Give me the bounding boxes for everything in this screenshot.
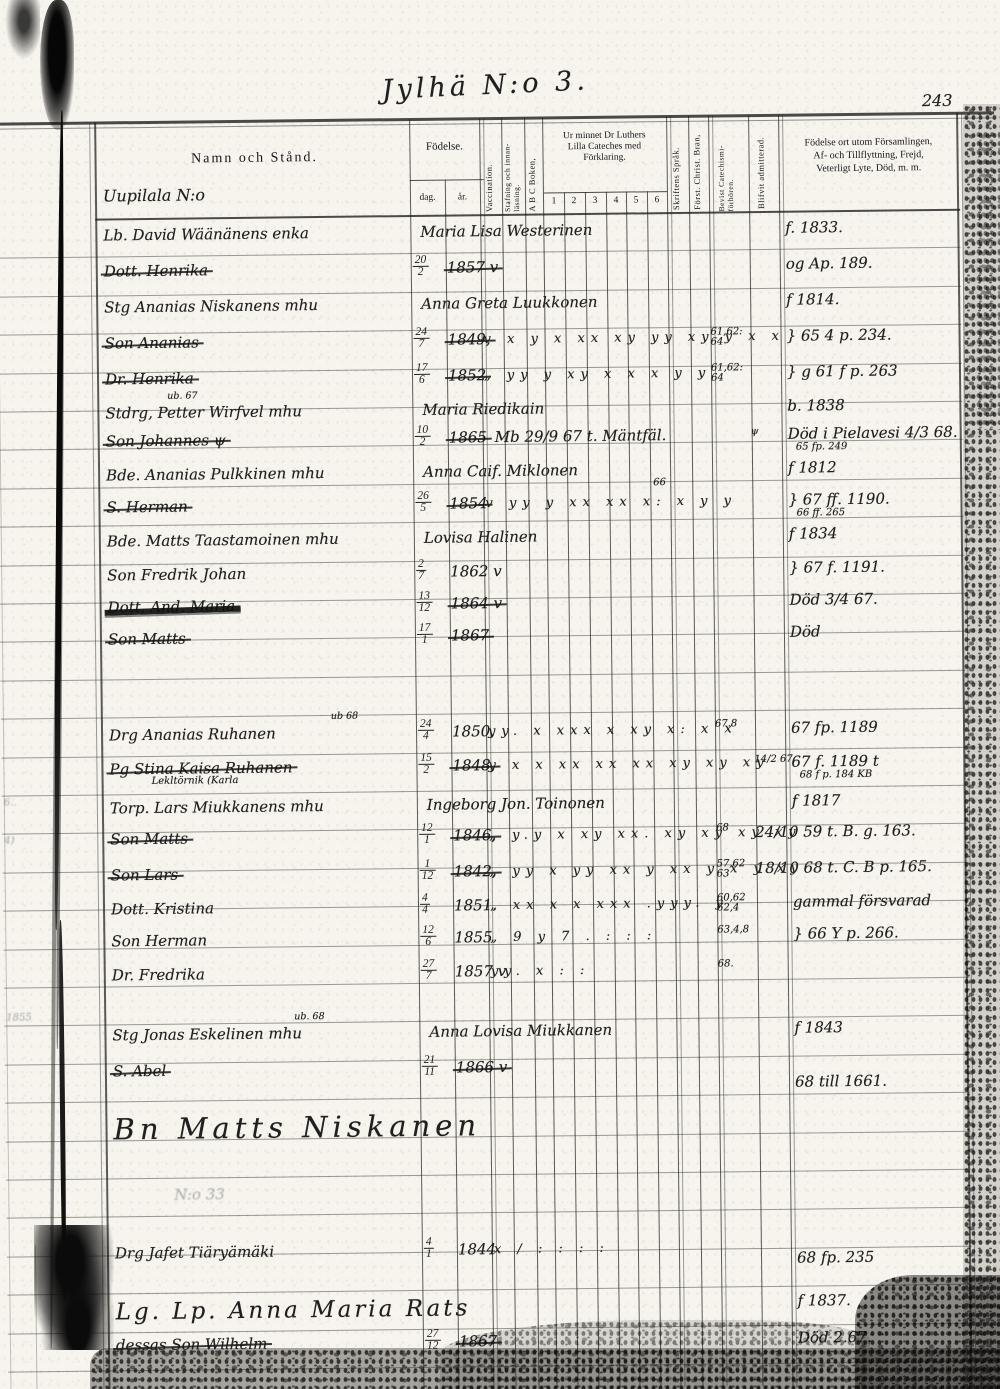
catechesis-col-4: 4	[607, 196, 625, 207]
entry-superscript-note: ub. 67	[167, 390, 197, 401]
header-catechism-exams: Bevist Catechismi-förhören.	[716, 123, 743, 211]
remarks-note: f 1837.	[797, 1291, 850, 1310]
entry-name: dessas Son Wilhelm	[116, 1335, 268, 1355]
entry-name: Son Ananias	[105, 333, 199, 352]
exam-marks: y x x xx xx xx xy xy xy	[488, 755, 769, 773]
margin-mark: 1855	[6, 1013, 32, 1023]
margin-mark: 4)	[4, 837, 14, 847]
birth-day: 202	[413, 255, 429, 278]
birth-day: 126	[420, 925, 436, 948]
remarks-note-2: 65 fp. 249	[796, 442, 848, 453]
birth-day: 171	[417, 623, 433, 646]
header-abc-book: A B C Boken,	[527, 126, 537, 212]
catechism-exam-years: 61,62:64	[711, 363, 743, 383]
header-christianity-knowledge: Först. Christ. Bran,	[692, 124, 702, 210]
remarks-note: og Ap. 189.	[786, 254, 873, 273]
remarks-note: } 65 4 p. 234.	[786, 326, 891, 345]
entry-spouse-name: Lovisa Halinen	[424, 528, 538, 547]
birth-day: 112	[419, 859, 435, 882]
entry-subscript-note: Lekltörnik (Karla	[152, 776, 239, 787]
birth-year: 1866 v	[456, 1058, 508, 1077]
admitted-note: 14/2 67	[754, 755, 792, 765]
entry-name: Dr. Henrika	[105, 369, 194, 388]
birth-day: 121	[419, 823, 435, 846]
entry-name: Lg. Lp. Anna Maria Rats	[115, 1295, 470, 1325]
birth-year: 1854	[449, 494, 487, 512]
birth-year: 1857 v	[447, 258, 499, 277]
last-col-line2: Af- och Tillflyttning, Frejd,	[813, 149, 923, 161]
entry-name: Bde. Ananias Pulkkinen mhu	[106, 464, 325, 484]
page-title: Jylhä N:o 3.	[381, 65, 589, 106]
remarks-note: } 66 Y p. 266.	[793, 923, 899, 942]
table-body: Lb. David Wäänänens enkaMaria Lisa Weste…	[0, 0, 993, 6]
entry-name: Torp. Lars Miukkanens mhu	[110, 797, 324, 817]
exam-marks: „ 9 y 7 . : : :	[490, 928, 657, 945]
remarks-note: Död 2.67.	[798, 1328, 872, 1347]
exam-marks: „ yy y xy x x x y y	[484, 366, 711, 384]
remarks-note: 18/10 68 t. C. B p. 165.	[756, 857, 932, 877]
birth-day: 265	[415, 491, 431, 514]
catechesis-col-2: 2	[565, 196, 583, 207]
birth-day: 176	[414, 363, 430, 386]
entry-name: Stg Jonas Eskelinen mhu	[112, 1024, 302, 1044]
header-name-sub: Uupilala N:o	[103, 185, 205, 205]
entry-name: Stg Ananias Niskanens mhu	[104, 296, 318, 316]
remarks-note: } 67 f. 1191.	[789, 558, 885, 577]
entry-spouse-name: Anna Caif. Miklonen	[423, 461, 578, 481]
exam-marks: v yy y xx xx x: x y y	[485, 493, 737, 511]
left-margin-marks: 6..4)1855	[0, 0, 993, 6]
remarks-note: f 1834	[789, 524, 838, 543]
remarks-note: f 1817	[792, 791, 841, 810]
catechism-exam-years: 68	[716, 823, 729, 833]
table-row: N:o 33	[6, 1176, 1000, 1223]
header-vaccination: Vaccination.	[484, 126, 494, 212]
mid-note: Mb 29/9 67 t. Mäntfäl.	[495, 426, 667, 446]
entry-name: S. Herman	[106, 498, 187, 517]
birth-year: 1864 v	[450, 594, 502, 613]
remarks-note: f. 1833.	[785, 218, 843, 237]
catechesis-col-6: 6	[648, 195, 666, 206]
remarks-note: Död 3/4 67.	[789, 590, 877, 609]
remarks-note: f 1812	[788, 458, 837, 477]
birth-day: 244	[418, 719, 434, 742]
catechesis-line1: Ur minnet Dr Luthers	[563, 130, 646, 141]
table-row: Bn Matts Niskanen	[5, 1102, 1000, 1149]
header-scripture-language: Skriftens Språk.	[671, 124, 681, 210]
exam-marks: „ xx x x xxx .yyy. y	[490, 895, 729, 913]
scanned-church-record-page: Jylhä N:o 3. 243 Namn och Stånd. Uupilal…	[0, 0, 1000, 1389]
entry-name: Son Herman	[111, 931, 207, 950]
mid-small-note: 66	[653, 478, 666, 488]
entry-name: Lb. David Wäänänens enka	[103, 224, 309, 244]
entry-spouse-name: Anna Lovisa Miukkanen	[429, 1021, 612, 1041]
entry-name: Son Lars	[111, 866, 179, 885]
document-sheet: Jylhä N:o 3. 243 Namn och Stånd. Uupilal…	[0, 0, 1000, 1389]
birth-year: 1852	[448, 366, 486, 384]
entry-name: Son Matts	[108, 630, 186, 649]
birth-year: 1862 v	[450, 562, 502, 581]
remarks-note: b. 1838	[787, 396, 845, 415]
birth-year: 1867	[459, 1332, 497, 1350]
birth-day: 247	[413, 327, 429, 350]
entry-name: Dr. Fredrika	[112, 965, 205, 984]
remarks-note: 68 fp. 235	[797, 1248, 874, 1267]
entry-superscript-note: ub. 68	[294, 1011, 324, 1022]
catechism-exam-years: 60,6262,4	[717, 893, 746, 913]
entry-name: Drg Jafet Tiäryämäki	[115, 1243, 274, 1263]
birth-day: 152	[418, 753, 434, 776]
entry-name: Bn Matts Niskanen	[113, 1108, 481, 1146]
header-admitted: Blifvit admitterad.	[756, 123, 766, 209]
entry-name: S. Abel	[113, 1062, 167, 1081]
exam-marks: yy. x : :	[491, 963, 591, 979]
last-col-line3: Veterligt Lyte, Död, m. m.	[816, 162, 921, 174]
remarks-note-2: 68 f p. 184 KB	[800, 770, 873, 781]
catechism-exam-years: 61,62:64	[710, 327, 742, 347]
catechism-exam-years: 67.8	[715, 719, 737, 729]
remarks-note: 24/10 59 t. B. g. 163.	[755, 821, 916, 841]
entry-name: Stdrg, Petter Wirfvel mhu	[105, 402, 302, 422]
catechism-exam-years: 63,4,8	[717, 925, 749, 935]
birth-year: 1855	[454, 928, 492, 946]
remarks-note: 67 fp. 1189	[791, 718, 878, 737]
catechesis-col-1: 1	[545, 196, 563, 207]
entry-name: Bde. Matts Taastamoinen mhu	[107, 530, 339, 551]
remarks-note: } g 61 f p. 263	[787, 361, 898, 380]
margin-mark: 6..	[4, 798, 17, 808]
page-number: 243	[922, 91, 953, 110]
entry-name: Dott. Kristina	[111, 899, 214, 918]
scan-fold-streak-top	[40, 0, 74, 130]
entry-name: Son Johannes ψ	[106, 431, 226, 450]
table-grid	[0, 0, 993, 6]
header-birth: Födelse.	[409, 140, 479, 153]
birth-day: 102	[415, 425, 431, 448]
birth-day: 2111	[422, 1055, 438, 1078]
exam-marks: x / : : : :	[494, 1241, 610, 1257]
catechism-exam-years: 68.	[718, 959, 734, 969]
entry-name: Drg Ananias Ruhanen	[109, 725, 276, 745]
grid-line	[410, 179, 484, 181]
header-birth-day: dag.	[411, 193, 444, 204]
remarks-note: Död	[790, 622, 821, 640]
catechesis-line3: Förklaring.	[583, 153, 626, 163]
catechism-exam-years: 57,6263	[717, 859, 746, 879]
remarks-note: f 1814.	[786, 290, 839, 309]
remarks-note: Död i Pielavesi 4/3 68.	[788, 423, 958, 443]
entry-superscript-note: ub 68	[331, 711, 358, 722]
grid-line	[0, 670, 965, 682]
birth-day: 41	[424, 1237, 434, 1260]
header-catechesis: Ur minnet Dr Luthers Lilla Cateches med …	[543, 130, 665, 164]
catechesis-line2: Lilla Cateches med	[568, 141, 641, 152]
entry-spouse-name: Ingeborg Jon. Toinonen	[427, 794, 605, 814]
remarks-note: 67 f. 1189 t	[791, 752, 879, 771]
remarks-note-2: 66 ff. 265	[797, 508, 846, 519]
entry-name: Dott. And. Maria	[108, 597, 236, 616]
remarks-note: } 67 ff. 1190.	[788, 490, 889, 509]
birth-day: 27	[416, 559, 426, 582]
exam-marks: yy. x xxx x xy x: x x	[488, 721, 738, 739]
entry-name: Son Matts	[110, 830, 188, 849]
entry-name: Son Fredrik Johan	[107, 565, 246, 585]
header-spelling-reading: Stafning och innan-läsning.	[502, 126, 521, 212]
birth-day: 2712	[425, 1329, 441, 1352]
entry-spouse-name: Anna Greta Luukkonen	[421, 293, 598, 313]
birth-year: 1867	[451, 626, 489, 644]
header-birth-year: år.	[446, 192, 479, 203]
entry-spouse-name: Maria Riedikain	[422, 399, 544, 418]
catechesis-col-3: 3	[586, 196, 604, 207]
admitted-note: ψ	[751, 427, 759, 437]
birth-day: 44	[420, 893, 430, 916]
entry-name: N:o 33	[174, 1185, 225, 1204]
birth-year: 1844	[458, 1240, 496, 1258]
catechesis-col-5: 5	[627, 195, 645, 206]
remarks-note: gammal försvarad	[793, 891, 931, 911]
entry-spouse-name: Maria Lisa Westerinen	[420, 221, 592, 241]
entry-name: Dott. Henrika	[104, 261, 208, 280]
birth-day: 277	[421, 959, 437, 982]
table-row: Drg Jafet Tiäryämäki411844x / : : : :68 …	[7, 1234, 1000, 1281]
header-name-col: Namn och Stånd.	[114, 149, 394, 168]
last-col-line1: Födelse ort utom Församlingen,	[804, 136, 932, 148]
birth-day: 1312	[416, 591, 432, 614]
birth-year: 1865	[449, 428, 487, 446]
remarks-note: f 1843	[794, 1018, 843, 1037]
header-last-col: Födelse ort utom Församlingen, Af- och T…	[782, 135, 954, 176]
remarks-note: 68 till 1661.	[795, 1072, 887, 1091]
